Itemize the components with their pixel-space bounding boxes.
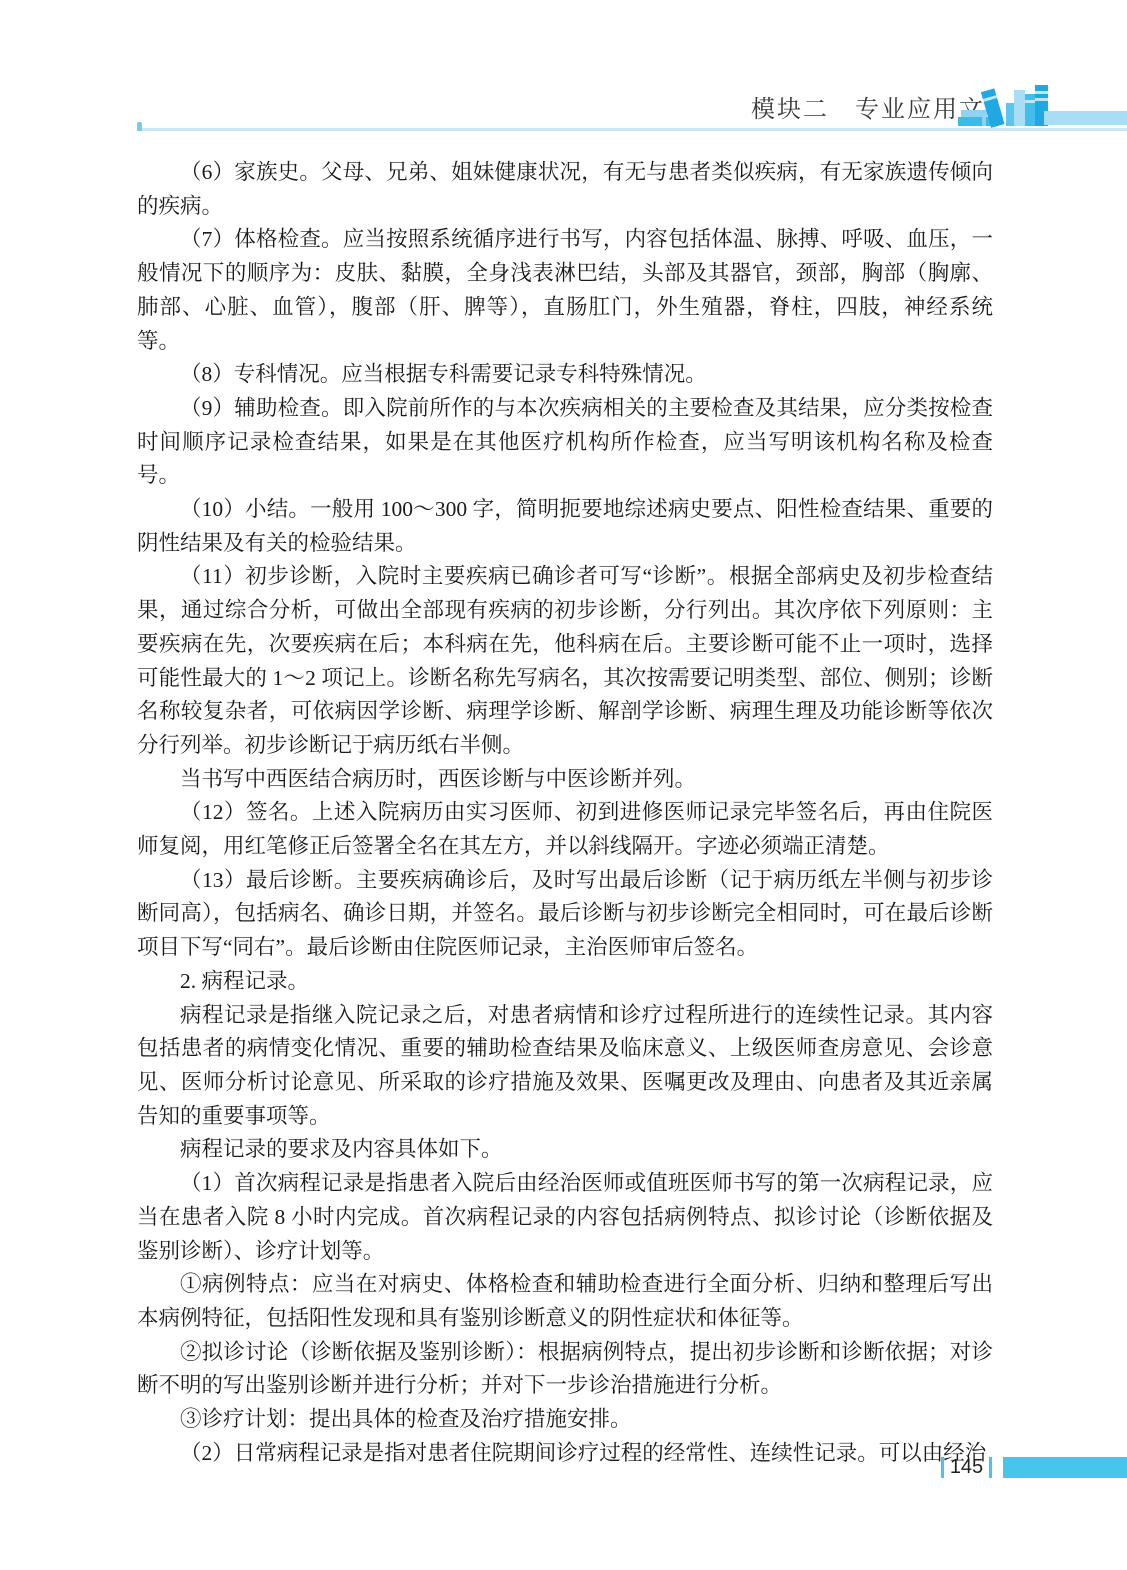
paragraph: （2）日常病程记录是指对患者住院期间诊疗过程的经常性、连续性记录。可以由经治 bbox=[137, 1437, 993, 1471]
paragraph: （11）初步诊断，入院时主要疾病已确诊者可写“诊断”。根据全部病史及初步检查结果… bbox=[137, 560, 993, 762]
paragraph: ①病例特点：应当在对病史、体格检查和辅助检查进行全面分析、归纳和整理后写出本病例… bbox=[137, 1268, 993, 1335]
paragraph: （9）辅助检查。即入院前所作的与本次疾病相关的主要检查及其结果，应分类按检查时间… bbox=[137, 392, 993, 493]
header-module-label: 模块二 bbox=[751, 96, 829, 124]
header-divider bbox=[137, 128, 1127, 131]
paragraph: 病程记录的要求及内容具体如下。 bbox=[137, 1133, 993, 1167]
paragraph: ②拟诊讨论（诊断依据及鉴别诊断）：根据病例特点，提出初步诊断和诊断依据；对诊断不… bbox=[137, 1336, 993, 1403]
paragraph: ③诊疗计划：提出具体的检查及治疗措施安排。 bbox=[137, 1403, 993, 1437]
books-icon bbox=[956, 82, 1048, 126]
footer-tick-right bbox=[989, 1457, 992, 1478]
paragraph: 当书写中西医结合病历时，西医诊断与中医诊断并列。 bbox=[137, 763, 993, 797]
body-text: （6）家族史。父母、兄弟、姐妹健康状况，有无与患者类似疾病，有无家族遗传倾向的疾… bbox=[137, 156, 993, 1470]
books-icon-book-1 bbox=[1006, 103, 1014, 126]
paragraph: （7）体格检查。应当按照系统循序进行书写，内容包括体温、脉搏、呼吸、血压，一般情… bbox=[137, 223, 993, 358]
books-icon-lying-book-bottom bbox=[958, 117, 991, 126]
books-icon-book-3 bbox=[1025, 94, 1035, 126]
paragraph: （8）专科情况。应当根据专科需要记录专科特殊情况。 bbox=[137, 358, 993, 392]
footer-accent-bar bbox=[1003, 1457, 1127, 1478]
page-number: 145 bbox=[944, 1456, 989, 1479]
header-divider-tick bbox=[137, 122, 142, 131]
paragraph: （13）最后诊断。主要疾病确诊后，及时写出最后诊断（记于病历纸左半侧与初步诊断同… bbox=[137, 864, 993, 965]
paragraph: （1）首次病程记录是指患者入院后由经治医师或值班医师书写的第一次病程记录，应当在… bbox=[137, 1167, 993, 1268]
document-page: 模块二 专业应用文 （6）家族史。父母、兄弟、姐妹健康状况，有无与患者类似疾病，… bbox=[0, 0, 1127, 1570]
paragraph: （10）小结。一般用 100～300 字，简明扼要地综述病史要点、阳性检查结果、… bbox=[137, 493, 993, 560]
paragraph: 病程记录是指继入院记录之后，对患者病情和诊疗过程所进行的连续性记录。其内容包括患… bbox=[137, 999, 993, 1134]
paragraph: （6）家族史。父母、兄弟、姐妹健康状况，有无与患者类似疾病，有无家族遗传倾向的疾… bbox=[137, 156, 993, 223]
paragraph: 2. 病程记录。 bbox=[137, 965, 993, 999]
books-icon-book-2 bbox=[1014, 90, 1025, 126]
books-icon-lying-book-top bbox=[961, 110, 987, 117]
header-accent-bar bbox=[1044, 111, 1127, 125]
page-header: 模块二 专业应用文 bbox=[751, 96, 985, 124]
paragraph: （12）签名。上述入院病历由实习医师、初到进修医师记录完毕签名后，再由住院医师复… bbox=[137, 796, 993, 863]
